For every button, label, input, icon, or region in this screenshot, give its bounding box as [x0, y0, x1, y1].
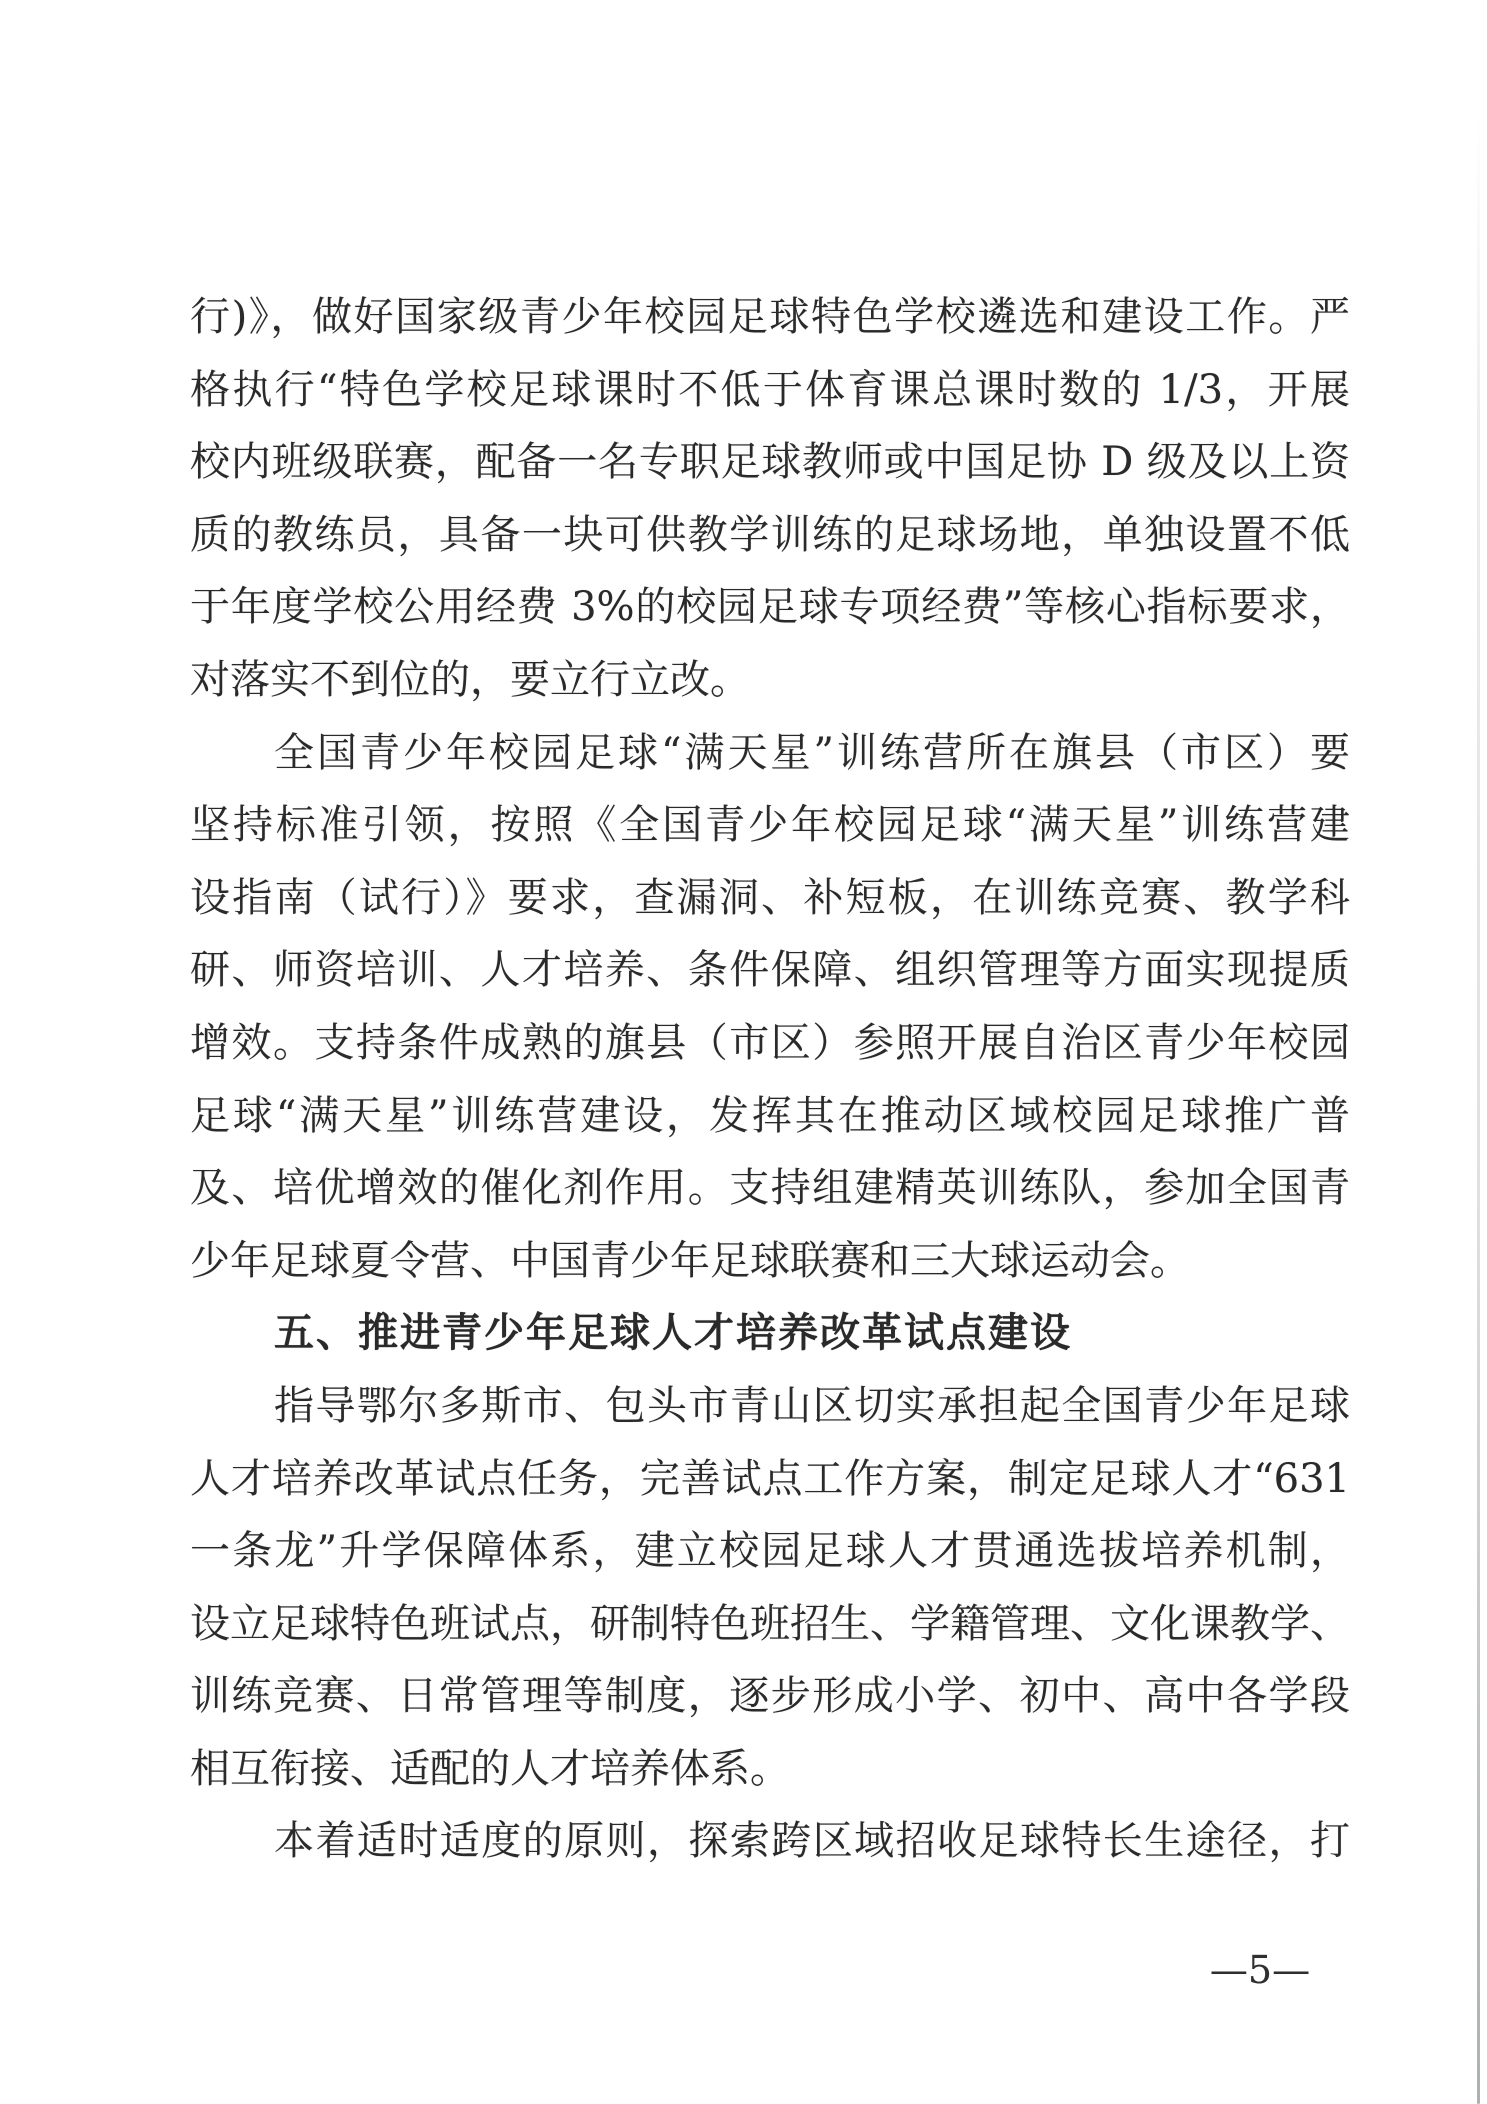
text-line: 增效。支持条件成熟的旗县（市区）参照开展自治区青少年校园 — [190, 1007, 1350, 1080]
text-line: 坚持标准引领，按照《全国青少年校园足球“满天星”训练营建 — [190, 789, 1350, 862]
text-line: 全国青少年校园足球“满天星”训练营所在旗县（市区）要 — [190, 717, 1350, 790]
text-line: 行)》，做好国家级青少年校园足球特色学校遴选和建设工作。严 — [190, 281, 1350, 354]
document-page: 行)》，做好国家级青少年校园足球特色学校遴选和建设工作。严格执行“特色学校足球课… — [0, 0, 1487, 2104]
paragraph-continuation: 行)》，做好国家级青少年校园足球特色学校遴选和建设工作。严格执行“特色学校足球课… — [190, 281, 1350, 717]
paragraph-mantianxing: 全国青少年校园足球“满天星”训练营所在旗县（市区）要坚持标准引领，按照《全国青少… — [190, 717, 1350, 1298]
text-line: 研、师资培训、人才培养、条件保障、组织管理等方面实现提质 — [190, 934, 1350, 1007]
text-line: 校内班级联赛，配备一名专职足球教师或中国足协 D 级及以上资 — [190, 426, 1350, 499]
scan-edge-artifact — [1477, 110, 1480, 2104]
section-heading-5: 五、推进青少年足球人才培养改革试点建设 — [190, 1297, 1350, 1370]
text-line: 及、培优增效的催化剂作用。支持组建精英训练队，参加全国青 — [190, 1152, 1350, 1225]
paragraph-reform-pilot: 指导鄂尔多斯市、包头市青山区切实承担起全国青少年足球人才培养改革试点任务，完善试… — [190, 1370, 1350, 1806]
text-line: 对落实不到位的，要立行立改。 — [190, 644, 1350, 717]
text-line: 人才培养改革试点任务，完善试点工作方案，制定足球人才“631 — [190, 1443, 1350, 1516]
heading-line: 五、推进青少年足球人才培养改革试点建设 — [190, 1297, 1350, 1370]
text-line: 格执行“特色学校足球课时不低于体育课总课时数的 1/3，开展 — [190, 354, 1350, 427]
text-block: 行)》，做好国家级青少年校园足球特色学校遴选和建设工作。严格执行“特色学校足球课… — [190, 281, 1350, 1878]
text-line: 相互衔接、适配的人才培养体系。 — [190, 1733, 1350, 1806]
text-line: 本着适时适度的原则，探索跨区域招收足球特长生途径，打 — [190, 1805, 1350, 1878]
text-line: 少年足球夏令营、中国青少年足球联赛和三大球运动会。 — [190, 1225, 1350, 1298]
text-line: 一条龙”升学保障体系，建立校园足球人才贯通选拔培养机制， — [190, 1515, 1350, 1588]
text-line: 设指南（试行）》要求，查漏洞、补短板，在训练竞赛、教学科 — [190, 862, 1350, 935]
text-line: 足球“满天星”训练营建设，发挥其在推动区域校园足球推广普 — [190, 1080, 1350, 1153]
page-number: —5— — [1175, 1948, 1345, 1992]
text-line: 设立足球特色班试点，研制特色班招生、学籍管理、文化课教学、 — [190, 1588, 1350, 1661]
text-line: 质的教练员，具备一块可供教学训练的足球场地，单独设置不低 — [190, 499, 1350, 572]
text-line: 于年度学校公用经费 3%的校园足球专项经费”等核心指标要求， — [190, 571, 1350, 644]
text-line: 指导鄂尔多斯市、包头市青山区切实承担起全国青少年足球 — [190, 1370, 1350, 1443]
text-line: 训练竞赛、日常管理等制度，逐步形成小学、初中、高中各学段 — [190, 1660, 1350, 1733]
paragraph-cross-region: 本着适时适度的原则，探索跨区域招收足球特长生途径，打 — [190, 1805, 1350, 1878]
